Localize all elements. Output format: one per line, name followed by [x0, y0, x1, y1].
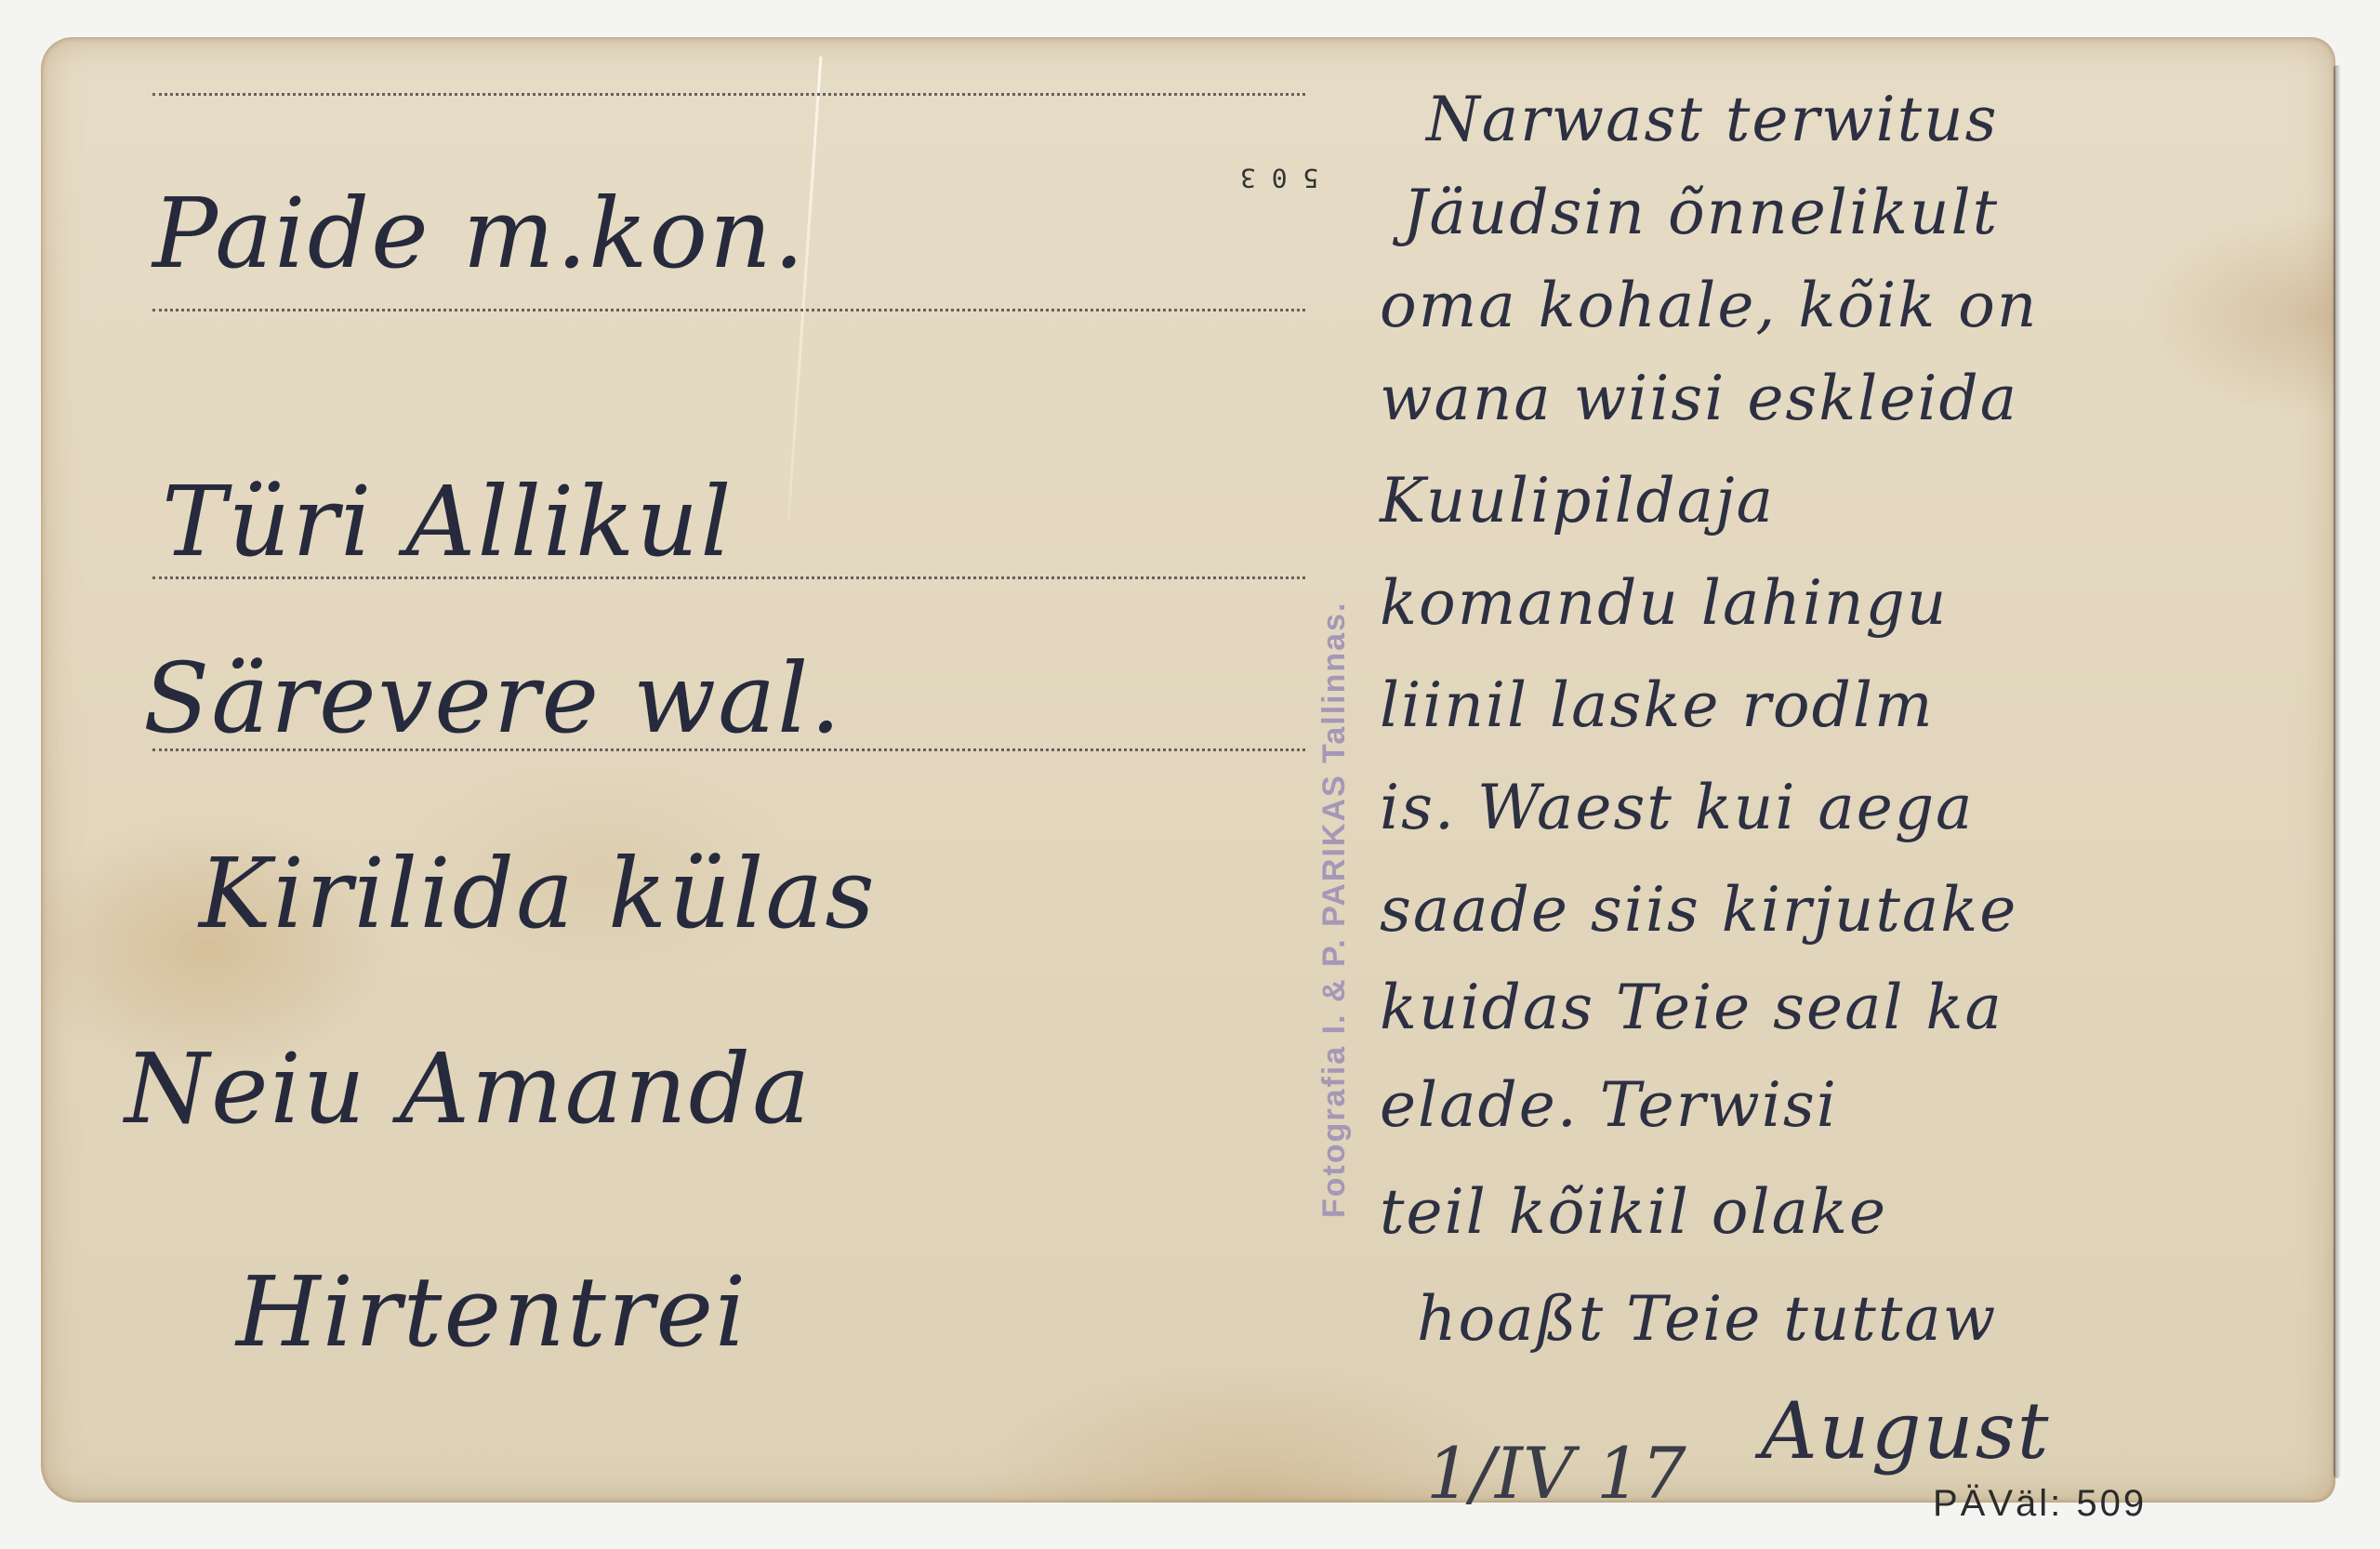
address-line-3: Särevere wal.	[143, 642, 842, 755]
address-line-rule-2	[152, 309, 1305, 311]
message-line: oma kohale, kõik on	[1380, 270, 2038, 341]
message-line: saade siis kirjutake	[1380, 874, 2017, 946]
address-line-5: Neiu Amanda	[125, 1032, 812, 1145]
message-line: Kuulipildaja	[1380, 465, 1775, 536]
address-line-6: Hirtentrei	[236, 1255, 747, 1369]
message-line: Narwast terwitus	[1426, 84, 1999, 155]
message-line: elade. Terwisi	[1380, 1069, 1838, 1141]
message-line: is. Waest kui aega	[1380, 772, 1974, 843]
message-line: hoaßt Teie tuttaw	[1417, 1283, 1997, 1355]
publisher-imprint: Fotografia I. & P. PARIKAS Tallinnas.	[1316, 602, 1353, 1218]
archive-reference-code: PÄVäl: 509	[1933, 1483, 2147, 1525]
message-line: teil kõikil olake	[1380, 1176, 1887, 1248]
message-line: wana wiisi eskleida	[1380, 363, 2018, 434]
address-line-4: Kirilida külas	[199, 837, 877, 950]
signature: August	[1761, 1385, 2051, 1476]
message-line: kuidas Teie seal ka	[1380, 972, 2003, 1043]
address-line-2: Türi Allikul	[162, 465, 734, 578]
message-date: 1/IV 17	[1426, 1432, 1686, 1515]
corner-print-mark: 5 0 3	[1240, 163, 1318, 193]
message-line: komandu lahingu	[1380, 567, 1948, 639]
message-line: Jäudsin õnnelikult	[1403, 177, 1999, 248]
address-line-1: Paide m.kon.	[152, 177, 806, 290]
message-line: liinil laske rodlm	[1380, 669, 1935, 741]
address-line-rule-1	[152, 93, 1305, 96]
postcard: 5 0 3 Paide m.kon. Türi Allikul Särevere…	[41, 37, 2335, 1503]
